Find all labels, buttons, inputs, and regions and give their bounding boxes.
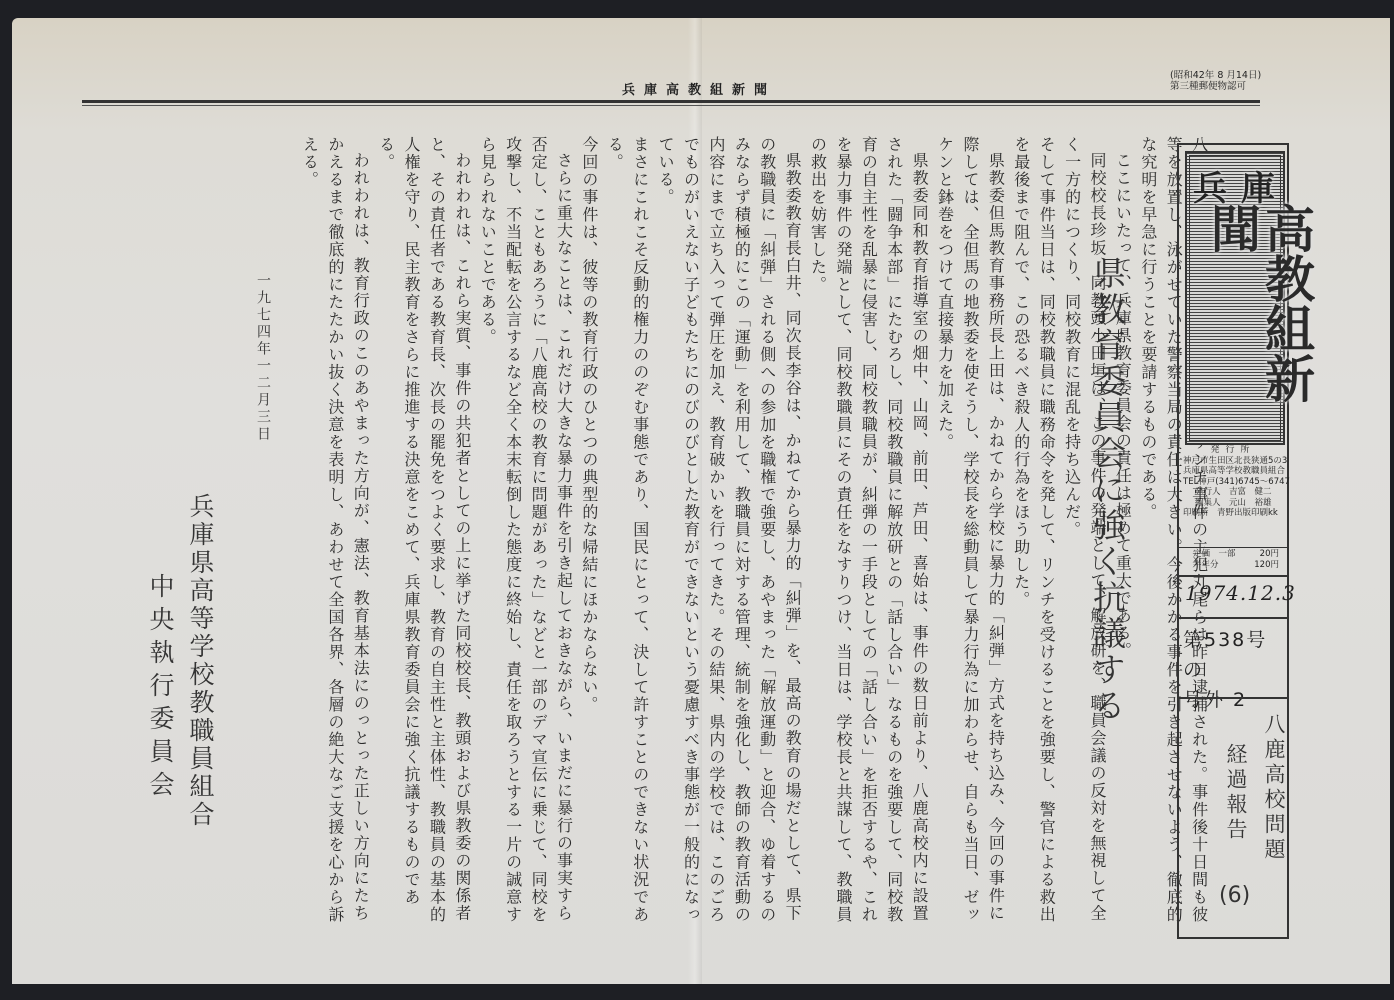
publisher-tel: TEL神戸(341)6745～6747 [1181,477,1285,488]
publisher-info: 発行所 神戸市生田区北長狭通5の3 兵庫県高等学校教職員組合 TEL神戸(341… [1181,445,1285,519]
publisher-label: 発行所 [1181,445,1285,456]
newspaper-logo: 兵 庫 高教組新聞 [1185,151,1285,445]
price-value: 120円 [1254,560,1279,571]
article-paragraph: 今回の事件は、彼等の教育行政のひとつの典型的な帰結にほかならない。 [576,136,601,936]
masthead-rule [82,100,1260,103]
article-paragraph: 県教委教育長白井、同次長李谷は、かねてから暴力的「糾弾」を、最高の教育の場だとし… [653,136,805,936]
report-title-progress: 経過報告 [1221,743,1251,843]
divider [1179,575,1287,577]
article-paragraph: まさにこれこそ反動的権力ののぞむ事態であり、国民にとって、決して許すことのできな… [602,136,653,936]
masthead-rule-thin [82,105,1260,106]
article-paragraph: さらに重大なことは、これだけ大きな暴力事件を引き起しておきながら、いまだに暴行の… [475,136,577,936]
price-label: 定価 一部 [1193,549,1236,560]
postal-permit-note: (昭和42年 8 月14日) 第三種郵便物認可 [1170,70,1261,92]
postal-permit-date: (昭和42年 8 月14日) [1170,70,1261,81]
article-paragraph: われわれは、これら実質、事件の共犯者としての上に挙げた同校校長、教頭および県教委… [373,136,475,936]
publisher-printer: 印刷所 青野出版印刷kk [1181,508,1285,519]
issue-number: 第538号の 号外 2 [1183,625,1287,715]
price-info: 定価 一部20円 半年分120円 [1193,549,1279,571]
logo-column: 高教組新聞 [1205,203,1313,443]
price-row: 定価 一部20円 [1193,549,1279,560]
issue-line: 第538号の [1183,625,1287,685]
publisher-editor: 編集人 元山 裕雄 [1181,498,1285,509]
newsletter-page: 兵庫高教組新聞 (昭和42年 8 月14日) 第三種郵便物認可 県教育委員会に強… [12,18,1390,984]
price-row: 半年分120円 [1193,560,1279,571]
article-paragraph: われわれは、教育行政のこのあやまった方向が、憲法、教育基本法にのっとった正しい方… [297,136,373,936]
price-value: 20円 [1260,549,1279,560]
extra-edition-line: 号外 2 [1183,685,1287,715]
article-date: 一九七四年一二月三日 [253,273,273,443]
publisher-issuer: 発行人 吉富 健二 [1181,487,1285,498]
price-label: 半年分 [1193,560,1219,571]
divider [1179,547,1287,548]
masthead-sidebar: 兵 庫 高教組新聞 発行所 神戸市生田区北長狭通5の3 兵庫県高等学校教職員組合… [1177,143,1289,939]
publisher-address: 神戸市生田区北長狭通5の3 [1181,456,1285,467]
publisher-org: 兵庫県高等学校教職員組合 [1181,466,1285,477]
article-paragraph: ここにいたって、兵庫県教育委員会の責任は極めて重大である。 [1110,136,1135,936]
divider [1179,697,1287,699]
article-paragraph: そして事件当日は、同校教職員に職務命令を発して、リンチを受けることを強要し、警官… [1008,136,1059,936]
divider [1179,617,1287,619]
article-paragraph: 県教委但馬教育事務所長上田は、かねてから学校に暴力的「糾弾」方式を持ち込み、今回… [932,136,1008,936]
report-number: (6) [1219,883,1250,908]
article-paragraph: 県教委同和教育指導室の畑中、山岡、前田、芦田、喜始は、事件の数日前より、八鹿高校… [805,136,932,936]
signature-committee: 中央執行委員会 [142,573,178,804]
article-body: 八鹿高校における教育史上まれな集団リンチ事件の主犯丸尾らは昨日逮捕された。事件後… [297,136,1212,936]
handwritten-date: 1974.12.3 [1185,581,1296,605]
masthead-title: 兵庫高教組新聞 [622,79,776,98]
signature-org: 兵庫県高等学校教職員組合 [182,493,218,829]
report-title-topic: 八鹿高校問題 [1259,713,1289,863]
article-paragraph: 同校校長珍坂、同教頭小田垣は、この事件の発端として、解放研を、職員会議の反対を無… [1059,136,1110,936]
postal-permit-class: 第三種郵便物認可 [1170,81,1261,92]
